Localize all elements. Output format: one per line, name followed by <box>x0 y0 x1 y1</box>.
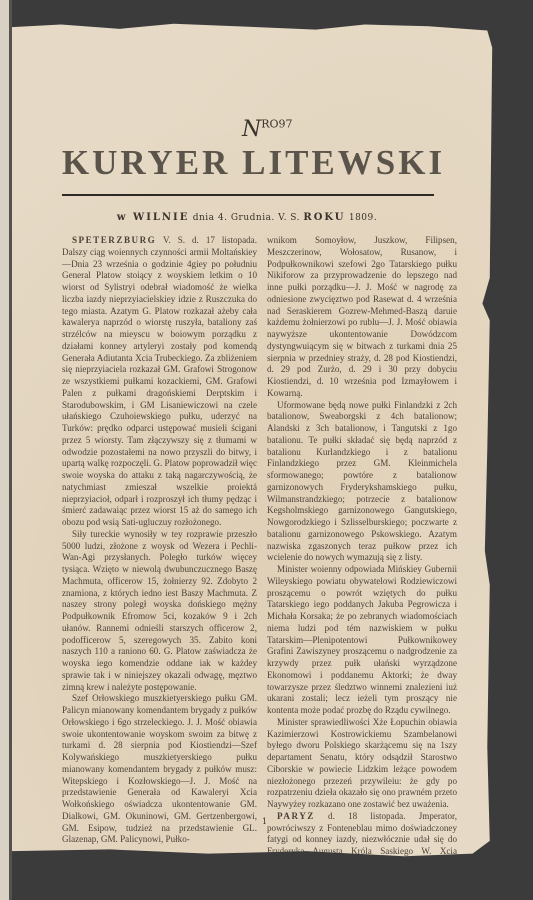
page-number: 1 <box>262 817 267 826</box>
paragraph-text: Uformowane będą nowe pułki Finlandzki z … <box>267 400 457 563</box>
paragraph-text: wnikom Somoyłow, Juszkow, Filipsen, Mesz… <box>267 235 457 398</box>
article-paragraph: Szef Orłowskiego muszkietyerskiego pułku… <box>62 693 257 846</box>
right-column: wnikom Somoyłow, Juszkow, Filipsen, Mesz… <box>267 235 457 870</box>
masthead-rule <box>62 194 434 196</box>
number-prefix: N <box>242 117 261 142</box>
dateline-year: 1809. <box>349 213 377 223</box>
article-paragraph: PARYZ d. 18 listopada. Jmperator, powróc… <box>267 811 457 870</box>
article-paragraph: Minister woienny odpowiada Mińskiey Gube… <box>267 564 457 717</box>
paragraph-text: Minister woienny odpowiada Mińskiey Gube… <box>267 564 457 715</box>
article-dateline-place: SPETERZBURG <box>72 235 156 245</box>
article-dateline-place: PARYZ <box>277 811 315 821</box>
article-paragraph: Uformowane będą nowe pułki Finlandzki z … <box>267 400 457 565</box>
article-paragraph: wnikom Somoyłow, Juszkow, Filipsen, Mesz… <box>267 235 457 400</box>
dateline-place: w WILNIE <box>117 212 189 223</box>
left-column: SPETERZBURG V. S. d. 17 listopada. Dalsz… <box>62 235 257 846</box>
paragraph-text: Szef Orłowskiego muszkietyerskiego pułku… <box>62 693 257 844</box>
paragraph-text: V. S. d. 17 listopada. Dalszy ciąg woien… <box>62 235 257 527</box>
paragraph-text: Minister sprawiedliwości Xże Łopuchin ob… <box>267 717 457 809</box>
article-paragraph: Minister sprawiedliwości Xże Łopuchin ob… <box>267 717 457 811</box>
binding-edge <box>9 0 12 900</box>
article-paragraph: Siły tureckie wynosiły w tey rozprawie p… <box>62 529 257 694</box>
number-value: RO97 <box>261 118 292 131</box>
issue-number: NRO97 <box>242 117 293 142</box>
newspaper-page: NRO97 KURYER LITEWSKI w WILNIE dnia 4. G… <box>12 22 502 875</box>
dateline-date: dnia 4. Grudnia. V. S. <box>193 213 300 223</box>
dateline-year-label: ROKU <box>303 212 345 223</box>
dateline: w WILNIE dnia 4. Grudnia. V. S. ROKU 180… <box>12 212 482 223</box>
masthead-title: KURYER LITEWSKI <box>56 143 451 183</box>
article-paragraph: SPETERZBURG V. S. d. 17 listopada. Dalsz… <box>62 235 257 529</box>
paragraph-text: Siły tureckie wynosiły w tey rozprawie p… <box>62 529 257 692</box>
